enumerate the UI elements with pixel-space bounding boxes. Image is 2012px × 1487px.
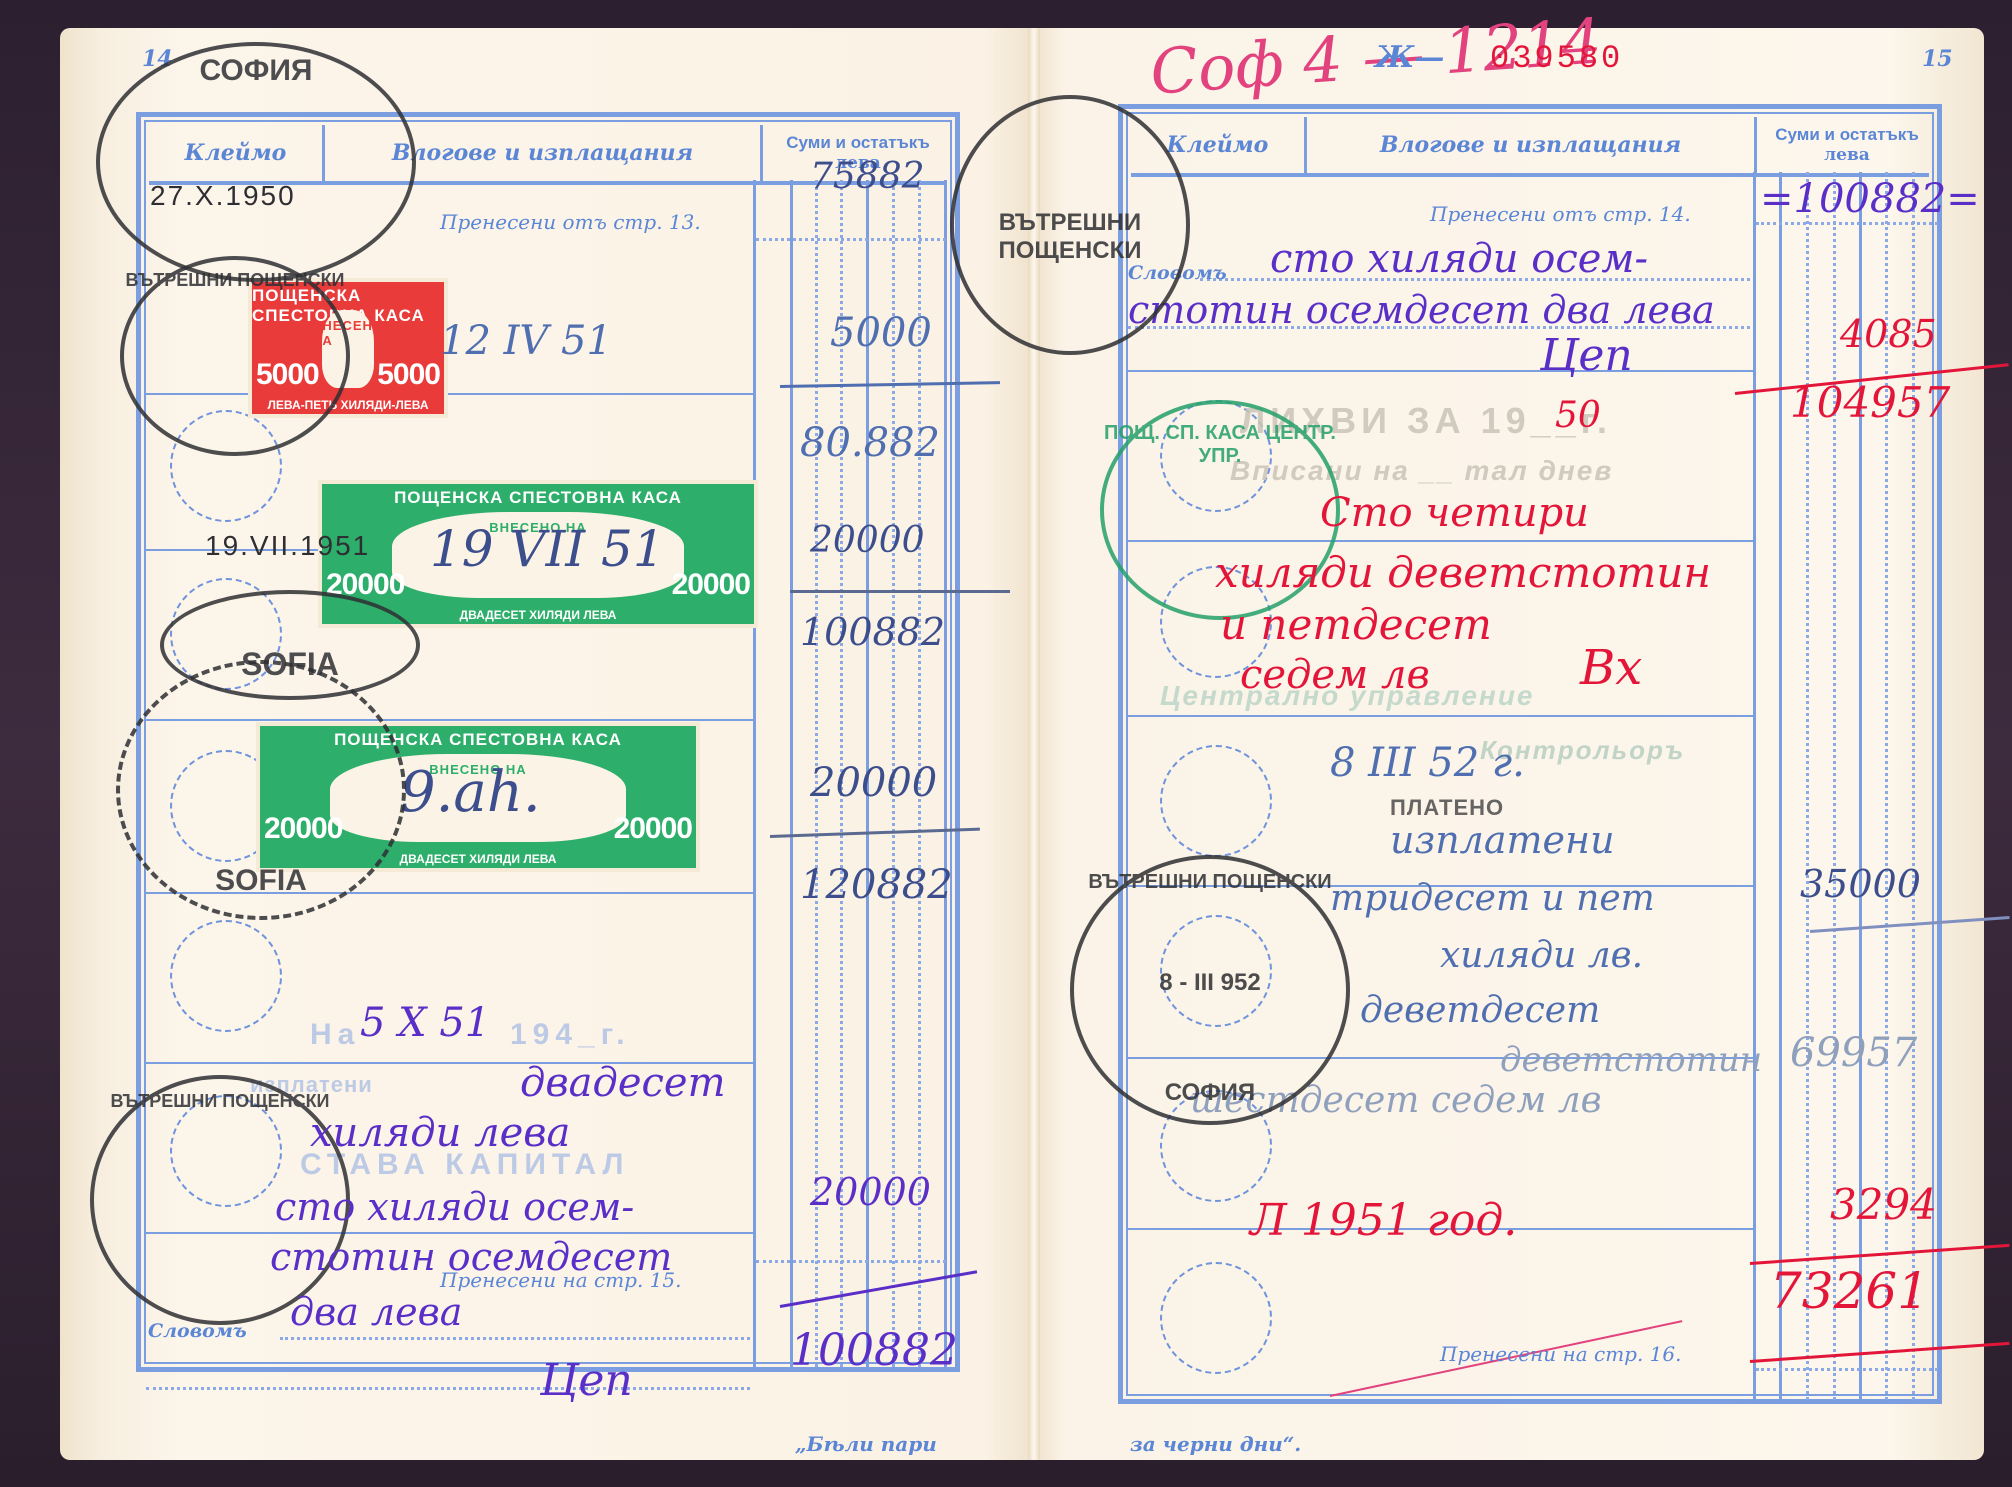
withdrawal-words: изплатени (1390, 818, 1615, 862)
balance-2: 73261 (1770, 1262, 1929, 1320)
header-sums-label: Суми и остатъкъ (1775, 125, 1918, 145)
column-divider (944, 180, 947, 1367)
postmark-text: ВЪТРЕШНИ ПОЩЕНСКИ (124, 270, 346, 291)
withdrawal-words: хиляди лв. (1440, 935, 1643, 976)
date-line-year: 194_г. (510, 1018, 631, 1052)
capital-words: два лева (290, 1290, 462, 1334)
amount-balance: 120882 (800, 862, 953, 908)
column-divider-dotted (1806, 172, 1809, 1400)
in-words-dotted-line (146, 1387, 750, 1390)
withdrawal-balance: 69957 (1790, 1030, 1917, 1076)
postmark-text: СОФИЯ (100, 54, 412, 88)
amount-deposit: 20000 (810, 520, 925, 561)
amount-balance: 80.882 (800, 420, 940, 466)
postmark: СОФИЯ (96, 42, 416, 282)
postmark-text: ВЪТРЕШНИ ПОЩЕНСКИ (1074, 871, 1346, 894)
stamp-value: 20000 (672, 568, 750, 602)
row-divider-dotted (1756, 222, 1938, 225)
page-number-right: 15 (1922, 46, 1953, 72)
withdrawal-amount: 35000 (1800, 862, 1921, 906)
red-words: и петдесет (1220, 600, 1492, 649)
motto-right: за черни дни“. (1130, 1432, 1301, 1456)
stamp-circle (170, 920, 282, 1032)
date-stamp: 19.VII.1951 (205, 530, 370, 562)
red-words: хиляди деветстотин (1215, 548, 1711, 597)
row-divider-dotted (1756, 1368, 1938, 1371)
serial-number: 039580 (1490, 40, 1623, 77)
in-words-text: сто хиляди осем- (1270, 236, 1648, 282)
postmark-text: ВЪТРЕШНИ ПОЩЕНСКИ (954, 209, 1186, 265)
amount-balance: 100882 (800, 610, 945, 654)
amount-deposit: 5000 (830, 310, 932, 356)
postmark-text: СОФИЯ (1074, 1079, 1346, 1107)
carried-from-amount: 75882 (810, 156, 925, 197)
carried-from-label: Пренесени отъ стр. 14. (1430, 202, 1691, 226)
postmark-text: SOFIA (120, 864, 402, 898)
row-divider (1128, 370, 1753, 372)
column-divider (1753, 172, 1756, 1400)
withdrawal-words: деветстотин (1500, 1040, 1762, 1080)
header-sums: Суми и остатъкъ лева (1757, 117, 1937, 173)
column-divider (1779, 172, 1782, 1400)
sum-line (790, 590, 1010, 593)
stamp-value: 20000 (614, 812, 692, 846)
interest-amount: 4085 (1840, 312, 1937, 356)
postmark: ВЪТРЕШНИ ПОЩЕНСКИ (950, 95, 1190, 355)
carried-from-label: Пренесени отъ стр. 13. (440, 210, 701, 234)
stamp-handwritten-date: 9.ah. (400, 760, 541, 825)
withdrawal-words: тридесет и пет (1330, 878, 1655, 919)
ledger-header: Клеймо Влогове и изплащания Суми и остат… (1131, 117, 1929, 177)
red-words: седем лв (1240, 652, 1430, 698)
interest-total: 104957 (1790, 378, 1950, 427)
withdrawal-words: двадесет (520, 1060, 726, 1106)
carried-from-amount: =100882= (1760, 176, 1980, 222)
stamp-title: ПОЩЕНСКА СПЕСТОВНА КАСА (394, 488, 682, 508)
red-signature: Вх (1580, 640, 1642, 696)
stamp-handwritten-date: 12 IV 51 (440, 318, 612, 364)
column-divider (1938, 172, 1941, 1400)
header-entries: Влогове и изплащания (1307, 117, 1757, 173)
amount-balance: 100882 (790, 1325, 958, 1376)
header-sums-label: Суми и остатъкъ (786, 133, 929, 153)
amount-deposit: 20000 (810, 760, 937, 806)
stamp-circle (1160, 1262, 1272, 1374)
row-divider-dotted (756, 238, 946, 241)
withdrawal-words: деветдесет (1360, 990, 1600, 1031)
interest-amount-2: 3294 (1830, 1180, 1937, 1229)
red-year-note: Л 1951 год. (1250, 1195, 1517, 1246)
date-line-prefix: На (310, 1018, 360, 1052)
serial-prefix: Ж— (1375, 40, 1444, 75)
withdrawal-date: 8 III 52 г. (1330, 740, 1525, 786)
stamp-circle (1160, 745, 1272, 857)
capital-words: стотин осемдесет (270, 1235, 672, 1279)
column-divider (753, 180, 756, 1367)
signature: Цеп (540, 1355, 633, 1406)
withdrawal-words: хиляди лева (310, 1110, 570, 1156)
motto-left: „Бѣли пари (795, 1432, 937, 1456)
capital-words: сто хиляди осем- (275, 1185, 634, 1229)
in-words-text: стотин осемдесет два лева (1128, 288, 1715, 332)
withdrawal-date: 5 X 51 (360, 1000, 490, 1046)
interest-note: 50 (1555, 395, 1601, 436)
amount-withdrawal: 20000 (810, 1170, 931, 1214)
stamp-handwritten-date: 19 VII 51 (430, 520, 665, 578)
row-divider-dotted (756, 1260, 946, 1263)
signature: Цеп (1540, 330, 1633, 381)
column-divider (790, 180, 793, 1367)
postmark-text: ВЪТРЕШНИ ПОЩЕНСКИ (94, 1091, 346, 1112)
carried-to-label: Пренесени на стр. 16. (1440, 1342, 1681, 1366)
postmark: ВЪТРЕШНИ ПОЩЕНСКИ 8 - III 952 СОФИЯ (1070, 855, 1350, 1125)
header-sums-unit: лева (1824, 145, 1870, 165)
row-divider (1128, 715, 1753, 717)
postmark: SOFIA (116, 660, 406, 920)
stamp-value: 5000 (377, 358, 440, 392)
red-words: Сто четири (1320, 490, 1589, 536)
postmark-date: 8 - III 952 (1074, 969, 1346, 997)
postmark-text: ПОЩ. СП. КАСА ЦЕНТР. УПР. (1104, 422, 1336, 468)
postmark: ВЪТРЕШНИ ПОЩЕНСКИ (120, 256, 350, 456)
in-words-dotted-line (280, 1337, 750, 1340)
